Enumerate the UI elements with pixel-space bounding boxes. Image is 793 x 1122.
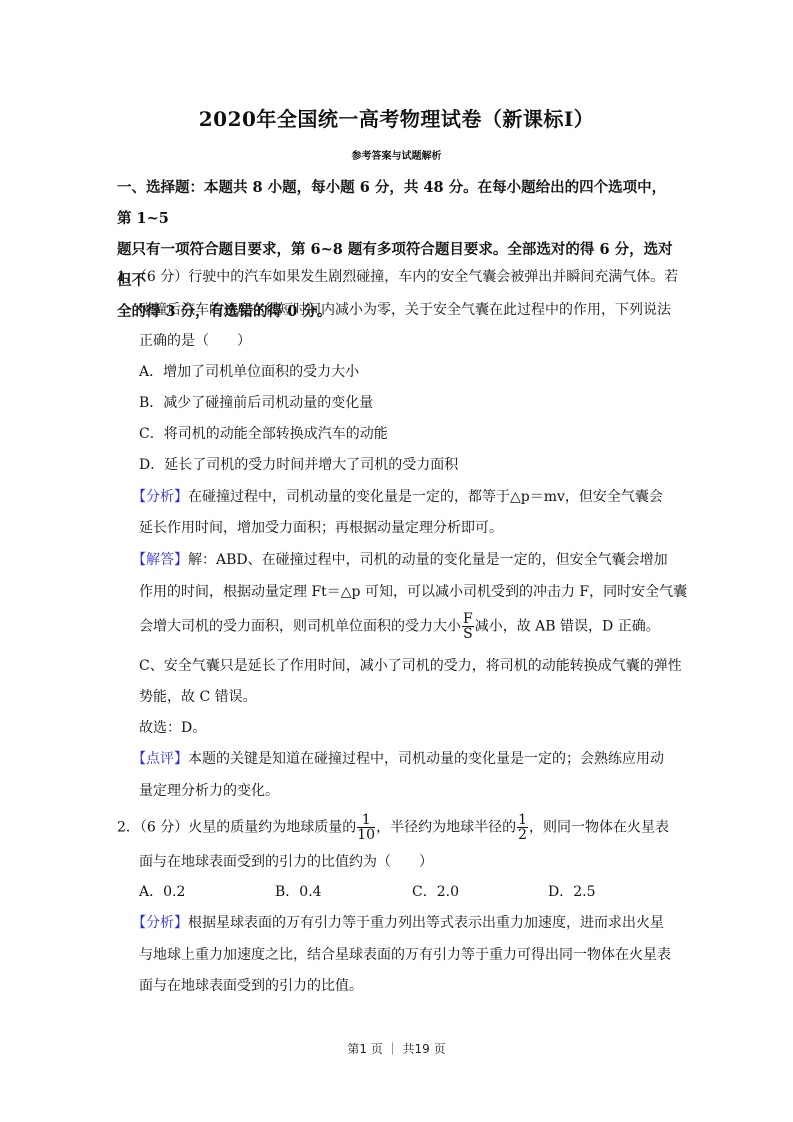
fraction-one-tenth: 110: [357, 813, 375, 842]
solution-text: 会增大司机的受力面积，则司机单位面积的受力大小: [139, 619, 461, 635]
q1-stem-line: 1．（6 分）行驶中的汽车如果发生剧烈碰撞，车内的安全气囊会被弹出并瞬间充满气体…: [117, 267, 678, 287]
analysis-text: 根据星球表面的万有引力等于重力列出等式表示出重力加速度，进而求出火星: [188, 915, 664, 931]
q1-stem-line: 正确的是（ ）: [139, 331, 251, 351]
q2-option-a: A．0.2: [139, 882, 185, 902]
page-footer: 第1 页 ｜ 共19 页: [0, 1040, 793, 1057]
q1-option-c: C．将司机的动能全部转换成汽车的动能: [139, 424, 388, 444]
q1-option-a: A．增加了司机单位面积的受力大小: [139, 362, 359, 382]
analysis-text: 在碰撞过程中，司机动量的变化量是一定的，都等于△p＝mv，但安全气囊会: [188, 489, 663, 505]
q1-answer-line: 故选：D。: [139, 718, 206, 738]
fraction-one-half: 12: [517, 813, 528, 842]
page-title: 2020年全国统一高考物理试卷（新课标Ⅰ）: [0, 103, 793, 132]
exam-page: 2020年全国统一高考物理试卷（新课标Ⅰ） 参考答案与试题解析 一、选择题：本题…: [0, 0, 793, 1122]
q1-analysis-line: 【分析】在碰撞过程中，司机动量的变化量是一定的，都等于△p＝mv，但安全气囊会: [132, 487, 663, 507]
q1-solution-line: 作用的时间，根据动量定理 Ft＝△p 可知，可以减小司机受到的冲击力 F，同时安…: [139, 582, 687, 602]
q1-option-b: B．减少了碰撞前后司机动量的变化量: [139, 393, 373, 413]
q1-solution-line: C、安全气囊只是延长了作用时间，减小了司机的受力，将司机的动能转换成气囊的弹性: [139, 656, 682, 676]
q1-analysis-line: 延长作用时间，增加受力面积；再根据动量定理分析即可。: [139, 518, 503, 538]
q2-analysis-line: 【分析】根据星球表面的万有引力等于重力列出等式表示出重力加速度，进而求出火星: [132, 913, 664, 933]
q2-option-d: D．2.5: [548, 882, 596, 902]
solution-text: 解：ABD、在碰撞过程中，司机的动量的变化量是一定的，但安全气囊会增加: [188, 552, 668, 568]
q1-solution-line: 【解答】解：ABD、在碰撞过程中，司机的动量的变化量是一定的，但安全气囊会增加: [132, 550, 668, 570]
solution-text: 减小，故 AB 错误，D 正确。: [475, 619, 660, 635]
solution-tag: 【解答】: [132, 552, 188, 568]
q1-solution-line: 势能，故 C 错误。: [139, 687, 257, 707]
q2-text: 2．（6 分）火星的质量约为地球质量的: [117, 820, 356, 836]
q2-text: ，半径约为地球半径的: [376, 820, 516, 836]
analysis-tag: 【分析】: [132, 915, 188, 931]
q2-option-c: C．2.0: [412, 882, 459, 902]
comment-tag: 【点评】: [132, 751, 188, 767]
q1-comment-line: 【点评】本题的关键是知道在碰撞过程中，司机动量的变化量是一定的；会熟练应用动: [132, 749, 664, 769]
q2-stem-line: 面与在地球表面受到的引力的比值约为（ ）: [139, 852, 433, 872]
q1-stem-line: 碰撞后汽车的速度在很短时间内减小为零，关于安全气囊在此过程中的作用，下列说法: [139, 300, 671, 320]
q1-solution-line: 会增大司机的受力面积，则司机单位面积的受力大小FS减小，故 AB 错误，D 正确…: [139, 612, 660, 641]
q2-analysis-line: 与地球上重力加速度之比，结合星球表面的万有引力等于重力可得出同一物体在火星表: [139, 945, 671, 965]
page-subtitle: 参考答案与试题解析: [0, 147, 793, 162]
q1-option-d: D．延长了司机的受力时间并增大了司机的受力面积: [139, 455, 458, 475]
q2-analysis-line: 面与在地球表面受到的引力的比值。: [139, 976, 363, 996]
analysis-tag: 【分析】: [132, 489, 188, 505]
comment-text: 本题的关键是知道在碰撞过程中，司机动量的变化量是一定的；会熟练应用动: [188, 751, 664, 767]
q2-text: ，则同一物体在火星表: [529, 820, 669, 836]
fraction-f-over-s: FS: [462, 612, 474, 641]
q2-stem-line: 2．（6 分）火星的质量约为地球质量的110，半径约为地球半径的12，则同一物体…: [117, 813, 669, 842]
section-line: 一、选择题：本题共 8 小题，每小题 6 分，共 48 分。在每小题给出的四个选…: [117, 172, 677, 234]
q2-option-b: B．0.4: [275, 882, 322, 902]
q1-comment-line: 量定理分析力的变化。: [139, 781, 279, 801]
